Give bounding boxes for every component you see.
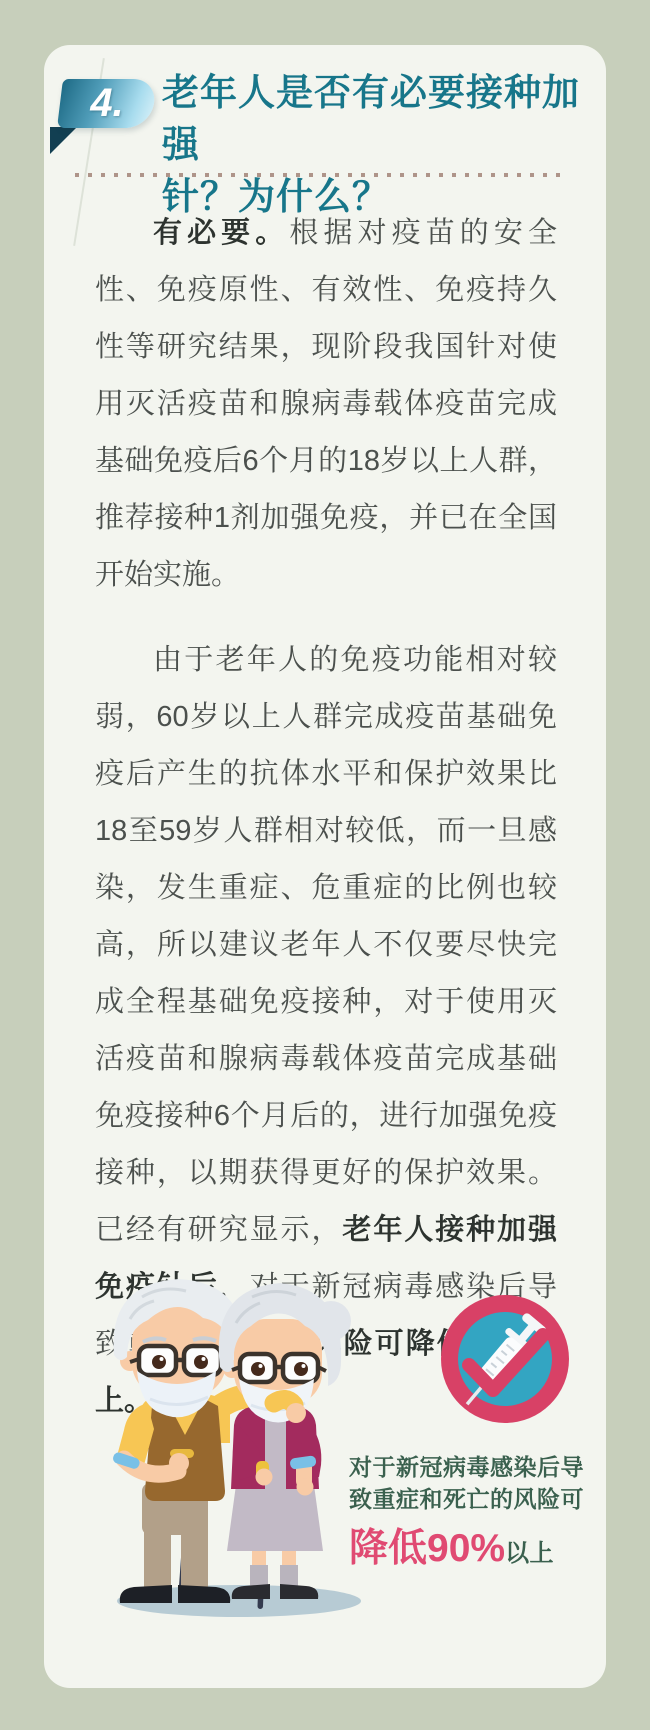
section-title: 老年人是否有必要接种加强 针？为什么？ [162,67,606,223]
section-number-badge: 4. [57,79,157,128]
woman-figure [219,1283,351,1609]
caption-suffix: 以上 [505,1540,554,1567]
caption-line-1: 对于新冠病毒感染后导 [349,1451,601,1483]
section-number: 4. [60,79,154,128]
paragraph-1: 有必要。根据对疫苗的安全性、免疫原性、有效性、免疫持久性等研究结果，现阶段我国针… [95,205,557,604]
vaccine-check-badge [435,1289,575,1429]
badge-fold [50,127,77,154]
caption-line-2: 致重症和死亡的风险可 [349,1483,601,1515]
page-background: 4. 老年人是否有必要接种加强 针？为什么？ 有必要。根据对疫苗的安全性、免疫原… [0,0,650,1730]
caption-highlight: 降低90% [349,1527,505,1570]
title-line-1: 老年人是否有必要接种加强 [162,67,606,171]
figure-caption: 对于新冠病毒感染后导 致重症和死亡的风险可 降低90%以上 [349,1451,601,1573]
title-line-2: 针？为什么？ [162,171,606,223]
content-card: 4. 老年人是否有必要接种加强 针？为什么？ 有必要。根据对疫苗的安全性、免疫原… [44,45,606,1688]
caption-line-3: 降低90%以上 [349,1517,601,1573]
article-body: 有必要。根据对疫苗的安全性、免疫原性、有效性、免疫持久性等研究结果，现阶段我国针… [95,205,557,1430]
